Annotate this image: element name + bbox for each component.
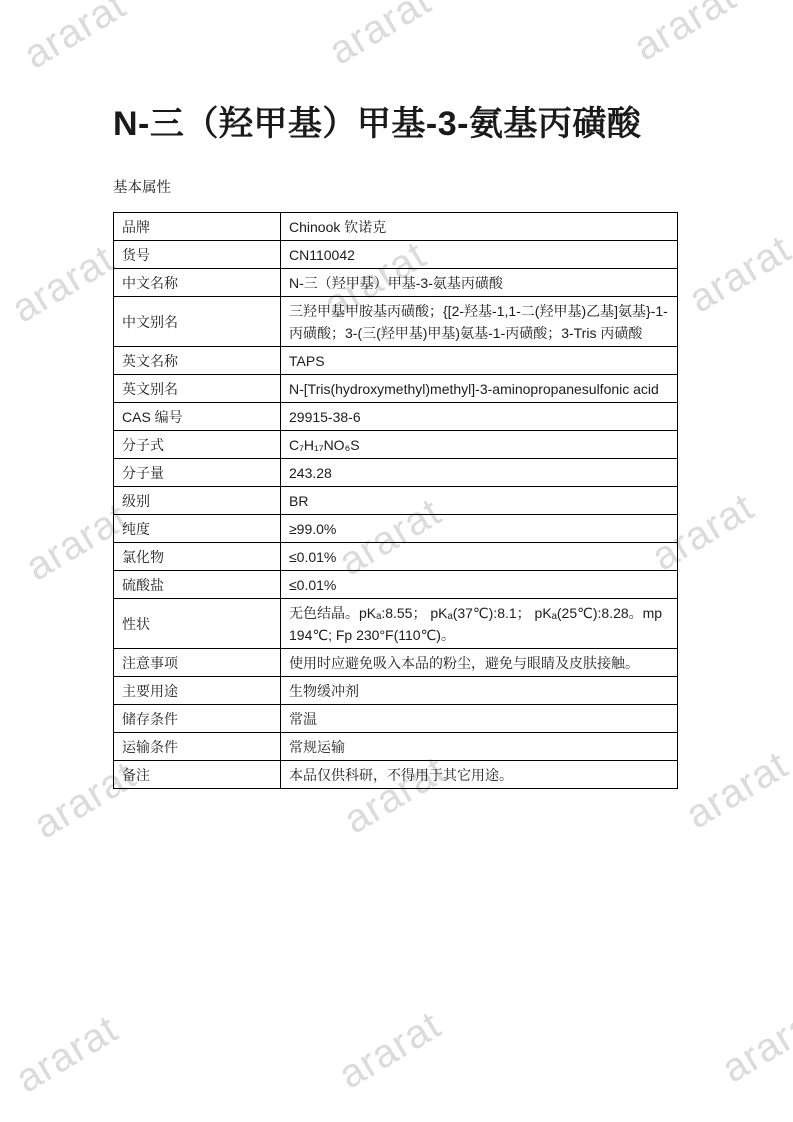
property-value: TAPS: [281, 347, 678, 375]
table-row: 主要用途生物缓冲剂: [114, 677, 678, 705]
property-value: 常规运输: [281, 733, 678, 761]
property-value: 生物缓冲剂: [281, 677, 678, 705]
property-label: CAS 编号: [114, 403, 281, 431]
property-label: 储存条件: [114, 705, 281, 733]
property-value: 常温: [281, 705, 678, 733]
table-row: 分子量243.28: [114, 459, 678, 487]
properties-table: 品牌Chinook 钦诺克货号CN110042中文名称N-三（羟甲基）甲基-3-…: [113, 212, 678, 789]
table-row: 储存条件常温: [114, 705, 678, 733]
property-value: 29915-38-6: [281, 403, 678, 431]
table-row: 备注本品仅供科研，不得用于其它用途。: [114, 761, 678, 789]
property-label: 纯度: [114, 515, 281, 543]
property-label: 运输条件: [114, 733, 281, 761]
table-row: 级别BR: [114, 487, 678, 515]
watermark-text: ararat: [331, 1003, 449, 1098]
property-label: 分子量: [114, 459, 281, 487]
table-row: 分子式C₇H₁₇NO₆S: [114, 431, 678, 459]
property-value: ≤0.01%: [281, 543, 678, 571]
property-label: 品牌: [114, 213, 281, 241]
table-row: 性状无色结晶。pKₐ:8.55； pKₐ(37℃):8.1； pKₐ(25℃):…: [114, 599, 678, 649]
property-label: 货号: [114, 241, 281, 269]
property-label: 级别: [114, 487, 281, 515]
property-label: 分子式: [114, 431, 281, 459]
property-label: 硫酸盐: [114, 571, 281, 599]
property-value: N-三（羟甲基）甲基-3-氨基丙磺酸: [281, 269, 678, 297]
page-content: N-三（羟甲基）甲基-3-氨基丙磺酸 基本属性 品牌Chinook 钦诺克货号C…: [0, 0, 793, 789]
table-row: 氯化物≤0.01%: [114, 543, 678, 571]
watermark-text: ararat: [714, 997, 793, 1092]
property-label: 中文别名: [114, 297, 281, 347]
table-row: 中文名称N-三（羟甲基）甲基-3-氨基丙磺酸: [114, 269, 678, 297]
property-value: BR: [281, 487, 678, 515]
table-row: 硫酸盐≤0.01%: [114, 571, 678, 599]
table-row: 中文别名三羟甲基甲胺基丙磺酸；{[2-羟基-1,1-二(羟甲基)乙基]氨基}-1…: [114, 297, 678, 347]
table-row: 注意事项使用时应避免吸入本品的粉尘，避免与眼睛及皮肤接触。: [114, 649, 678, 677]
table-row: 英文名称TAPS: [114, 347, 678, 375]
property-label: 英文名称: [114, 347, 281, 375]
property-label: 备注: [114, 761, 281, 789]
property-value: CN110042: [281, 241, 678, 269]
table-row: CAS 编号29915-38-6: [114, 403, 678, 431]
table-row: 英文别名N-[Tris(hydroxymethyl)methyl]-3-amin…: [114, 375, 678, 403]
property-value: 使用时应避免吸入本品的粉尘，避免与眼睛及皮肤接触。: [281, 649, 678, 677]
properties-table-body: 品牌Chinook 钦诺克货号CN110042中文名称N-三（羟甲基）甲基-3-…: [114, 213, 678, 789]
property-label: 中文名称: [114, 269, 281, 297]
property-value: N-[Tris(hydroxymethyl)methyl]-3-aminopro…: [281, 375, 678, 403]
property-value: ≥99.0%: [281, 515, 678, 543]
property-value: C₇H₁₇NO₆S: [281, 431, 678, 459]
property-label: 主要用途: [114, 677, 281, 705]
table-row: 货号CN110042: [114, 241, 678, 269]
document-page: araratararatararatararatararatararatarar…: [0, 0, 793, 789]
property-value: 无色结晶。pKₐ:8.55； pKₐ(37℃):8.1； pKₐ(25℃):8.…: [281, 599, 678, 649]
property-label: 注意事项: [114, 649, 281, 677]
property-value: 243.28: [281, 459, 678, 487]
property-label: 英文别名: [114, 375, 281, 403]
property-value: ≤0.01%: [281, 571, 678, 599]
table-row: 品牌Chinook 钦诺克: [114, 213, 678, 241]
property-value: 本品仅供科研，不得用于其它用途。: [281, 761, 678, 789]
property-value: 三羟甲基甲胺基丙磺酸；{[2-羟基-1,1-二(羟甲基)乙基]氨基}-1-丙磺酸…: [281, 297, 678, 347]
property-label: 性状: [114, 599, 281, 649]
table-row: 运输条件常规运输: [114, 733, 678, 761]
property-value: Chinook 钦诺克: [281, 213, 678, 241]
page-title: N-三（羟甲基）甲基-3-氨基丙磺酸: [113, 100, 735, 148]
section-heading: 基本属性: [113, 176, 735, 197]
table-row: 纯度≥99.0%: [114, 515, 678, 543]
property-label: 氯化物: [114, 543, 281, 571]
watermark-text: ararat: [8, 1007, 126, 1102]
